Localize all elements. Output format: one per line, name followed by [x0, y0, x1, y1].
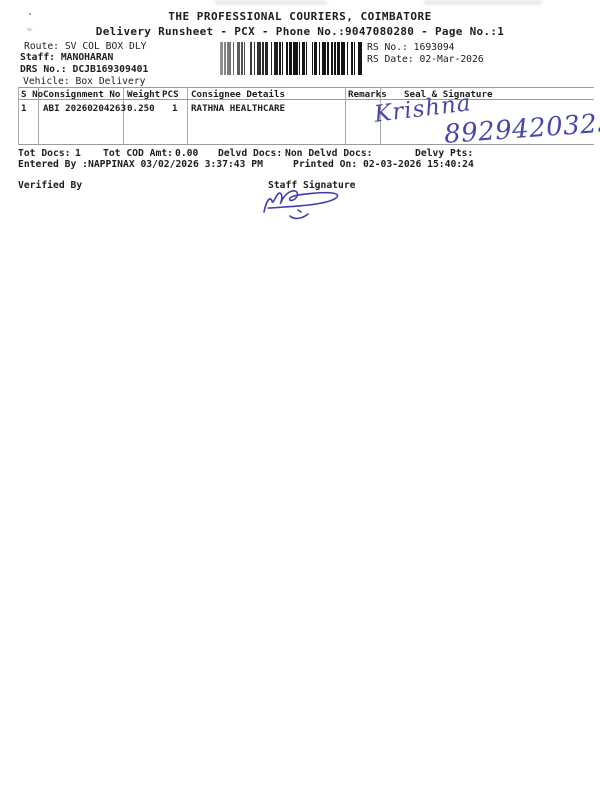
tot-cod-amt-label: Tot COD Amt: [103, 148, 173, 159]
table-border-col3 [187, 87, 188, 144]
scan-artifact-top-text [215, 0, 327, 5]
tot-docs-label: Tot Docs: [18, 148, 71, 159]
rs-no-label: RS No.: [367, 42, 408, 53]
staff-value: MANOHARAN [61, 52, 114, 63]
tot-docs-value: 1 [75, 148, 81, 159]
staff-signature-handwriting [256, 186, 356, 224]
staff-label: Staff: [20, 52, 55, 63]
drs-no-label: DRS No.: [20, 64, 67, 75]
staff-field: Staff: MANOHARAN [20, 52, 113, 63]
delivery-runsheet-document: THE PROFESSIONAL COURIERS, COIMBATORE De… [0, 0, 600, 800]
cell-consignment-no: ABI 20260204263 [43, 103, 126, 114]
table-border-col2 [123, 87, 124, 144]
column-header-consignment: Consignment No [43, 89, 120, 100]
rs-no-value: 1693094 [414, 42, 455, 53]
table-border-left [18, 87, 19, 144]
tot-cod-amt-value: 0.00 [175, 148, 198, 159]
cell-weight: 0.250 [127, 103, 155, 114]
delvy-pts-label: Delvy Pts: [415, 148, 473, 159]
route-value: SV COL BOX DLY [65, 41, 147, 52]
table-border-col4 [345, 87, 346, 144]
page-title: THE PROFESSIONAL COURIERS, COIMBATORE [0, 10, 600, 23]
cell-consignee: RATHNA HEALTHCARE [191, 103, 285, 114]
vehicle-field: Vehicle: Box Delivery [23, 76, 146, 87]
delvd-docs-label: Delvd Docs: [218, 148, 282, 159]
column-header-pcs: PCS [162, 89, 179, 100]
rs-date-label: RS Date: [367, 54, 414, 65]
cell-sno: 1 [21, 103, 27, 114]
drs-no-field: DRS No.: DCJB169309401 [20, 64, 148, 75]
non-delvd-docs-label: Non Delvd Docs: [285, 148, 373, 159]
cell-pcs: 1 [172, 103, 178, 114]
vehicle-label: Vehicle: [23, 76, 70, 87]
page-subtitle: Delivery Runsheet - PCX - Phone No.:9047… [0, 25, 600, 38]
rs-date-value: 02-Mar-2026 [420, 54, 484, 65]
column-header-weight: Weight [127, 89, 160, 100]
route-label: Route: [24, 41, 59, 52]
table-border-top [18, 87, 594, 88]
drs-no-value: DCJB169309401 [73, 64, 149, 75]
scan-artifact-top-text [424, 0, 542, 5]
barcode-image [220, 42, 363, 75]
vehicle-value: Box Delivery [76, 76, 146, 87]
verified-by-label: Verified By [18, 180, 82, 191]
printed-on-line: Printed On: 02-03-2026 15:40:24 [293, 159, 474, 170]
column-header-sno: S No [21, 89, 43, 100]
rs-date-field: RS Date: 02-Mar-2026 [367, 54, 484, 65]
route-field: Route: SV COL BOX DLY [24, 41, 147, 52]
entered-by-line: Entered By :NAPPINAX 03/02/2026 3:37:43 … [18, 159, 263, 170]
column-header-consignee: Consignee Details [191, 89, 285, 100]
column-header-remarks: Remarks [348, 89, 387, 100]
rs-no-field: RS No.: 1693094 [367, 42, 455, 53]
